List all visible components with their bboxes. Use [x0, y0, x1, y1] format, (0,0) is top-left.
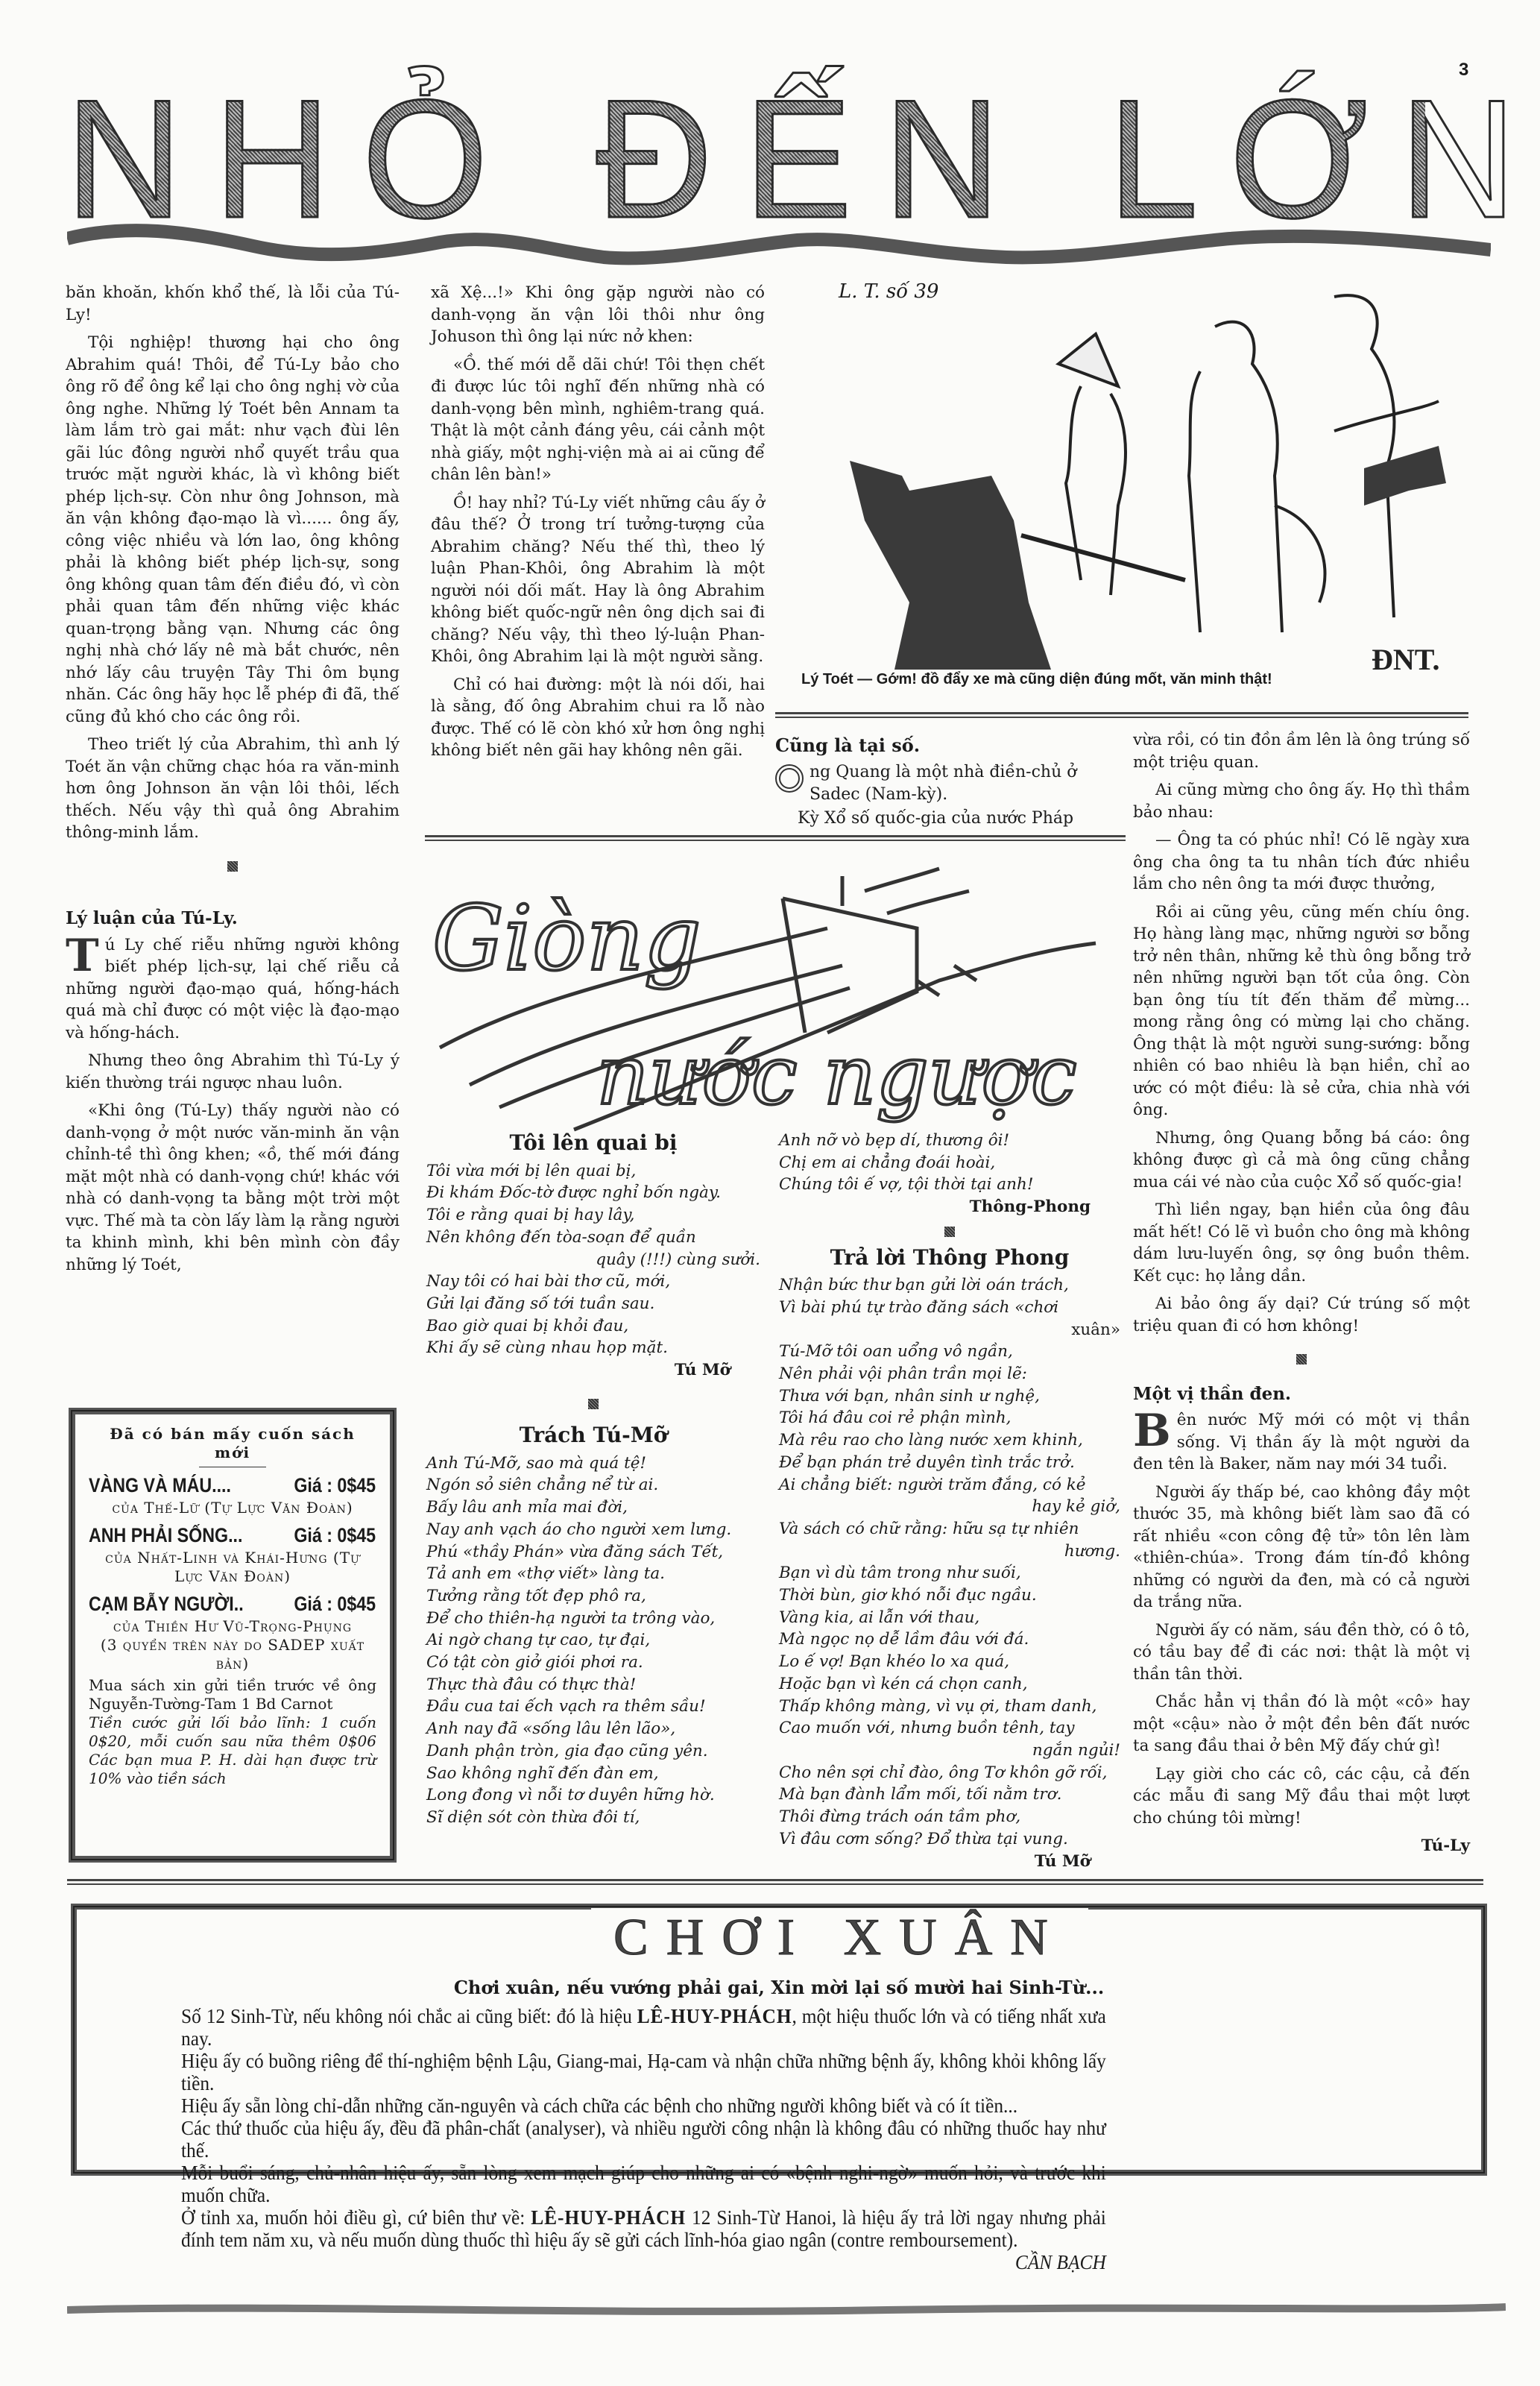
cartoon-signature: ĐNT.	[1372, 643, 1439, 676]
poem-line: Nhận bức thư bạn gửi lời oán trách,	[779, 1274, 1120, 1297]
ad-body: Số 12 Sinh-Từ, nếu không nói chắc ai cũn…	[181, 2005, 1106, 2273]
ornament-rule	[199, 1467, 266, 1467]
paragraph: Tội nghiệp! thương hại cho ông Abrahim q…	[66, 332, 400, 728]
poem-line: Ngón sỏ siên chẳng nể từ ai.	[426, 1474, 760, 1496]
poem-line: Vì bài phú tự trào đăng sách «chơi	[779, 1297, 1120, 1319]
poem-line: Nên không đến tòa-soạn để quần	[426, 1227, 760, 1249]
poem-toi-len-quai-bi: Tôi lên quai bị Tôi vừa mới bị lên quai …	[426, 1132, 760, 1427]
poem-title: Tôi lên quai bị	[426, 1132, 760, 1154]
poem-line: Đi khám Đốc-tờ được nghỉ bốn ngày.	[426, 1182, 760, 1204]
ad-intro: Đã có bán mấy cuốn sách mới	[89, 1425, 376, 1462]
poem-line: hương.	[779, 1540, 1120, 1563]
poem-line: Mà bạn đành lẩm mối, tối nằm trơ.	[779, 1784, 1120, 1806]
poem-line: Cao muốn với, nhưng buồn tênh, tay	[779, 1717, 1120, 1740]
paragraph: — Ông ta có phúc nhỉ! Có lẽ ngày xưa ông…	[1133, 829, 1470, 895]
book-listing: CẠM BẪY NGƯỜI..Giá : 0$45	[89, 1590, 376, 1617]
poem-line: Tôi e rằng quai bị hay lây,	[426, 1204, 760, 1227]
ad-signature: CẦN BẠCH	[181, 2251, 1106, 2273]
poem-tra-loi-thong-phong: Anh nỡ vò bẹp dí, thương ôi! Chị em ai c…	[779, 1130, 1120, 1872]
paragraph: Nhưng theo ông Abrahim thì Tú-Ly ý kiến …	[66, 1050, 400, 1094]
paragraph: «Ồ. thế mới dễ dãi chứ! Tôi thẹn chết đi…	[431, 354, 765, 486]
poem-line: Tôi vừa mới bị lên quai bị,	[426, 1160, 760, 1183]
lottery-story: Cũng là tại số. ng Quang là một nhà điền…	[775, 727, 1126, 830]
section-heading: Cũng là tại số.	[775, 734, 1126, 757]
divider	[67, 1879, 1483, 1885]
signature: Tú Mỡ	[779, 1851, 1120, 1873]
poem-line: Anh nỡ vò bẹp dí, thương ôi!	[779, 1130, 1120, 1152]
poem-line: Thời bùn, giơ khó nỗi đục ngầu.	[779, 1584, 1120, 1607]
poem-line: ngắn ngủi!	[779, 1740, 1120, 1762]
drop-cap-o	[775, 764, 804, 793]
poem-line: Mà ngọc nọ dễ lầm đâu với đá.	[779, 1628, 1120, 1651]
choi-xuan-advertisement: CHƠI XUÂN Chơi xuân, nếu vướng phải gai,…	[71, 1904, 1487, 2176]
paragraph: vừa rồi, có tin đồn ầm lên là ông trúng …	[1133, 729, 1470, 773]
poem-line: Gửi lại đăng số tới tuần sau.	[426, 1293, 760, 1315]
signature: Thông-Phong	[779, 1196, 1120, 1218]
paragraph: Bên nước Mỹ mới có một vị thần sống. Vị …	[1133, 1409, 1470, 1476]
poem-line: Sao không nghĩ đến đàn em,	[426, 1763, 760, 1785]
paragraph: Nhưng, ông Quang bỗng bá cáo: ông không …	[1133, 1127, 1470, 1194]
poem-line: quây (!!!) cùng sưởi.	[426, 1249, 760, 1271]
paragraph: Chắc hẳn vị thần đó là một «cô» hay một …	[1133, 1691, 1470, 1757]
column-1: băn khoăn, khốn khổ thế, là lỗi của Tú-L…	[66, 282, 400, 1282]
column-4: vừa rồi, có tin đồn ầm lên là ông trúng …	[1133, 729, 1470, 1857]
poem-line: Và sách có chữ rằng: hữu sạ tự nhiên	[779, 1518, 1120, 1540]
book-listing: ANH PHẢI SỐNG...Giá : 0$45	[89, 1522, 376, 1549]
signature: Tú Mỡ	[426, 1359, 760, 1382]
poem-line: Để bạn phán trẻ duyên tình trắc trở.	[779, 1452, 1120, 1474]
poem-line: xuân»	[779, 1319, 1120, 1341]
poem-line: Có tật còn giở giói phơi ra.	[426, 1652, 760, 1674]
giong-nuoc-nguoc-banner: Giòng nước ngược	[425, 846, 1126, 1141]
divider	[775, 712, 1468, 718]
paragraph: Kỳ Xổ số quốc-gia của nước Pháp	[775, 808, 1126, 830]
paragraph: Lạy giời cho các cô, các cậu, cả đến các…	[1133, 1763, 1470, 1830]
poem-line: Ai chẳng biết: người trăm đắng, có kẻ	[779, 1474, 1120, 1496]
poem-line: Tôi há đâu coi rẻ phận mình,	[779, 1407, 1120, 1429]
paragraph: Theo triết lý của Abrahim, thì anh lý To…	[66, 734, 400, 844]
paragraph: Chỉ có hai đường: một là nói dối, hai là…	[431, 674, 765, 762]
paragraph: băn khoăn, khốn khổ thế, là lỗi của Tú-L…	[66, 282, 400, 326]
cartoon-caption: Lý Toét — Gớm! đồ đẩy xe mà cũng diện đú…	[801, 671, 1272, 688]
poem-line: Tưởng rằng tốt đẹp phô ra,	[426, 1585, 760, 1608]
poem-line: Long đong vì nỗi tơ duyên hững hờ.	[426, 1784, 760, 1807]
banner-title-line1: Giòng	[432, 887, 701, 991]
poem-line: Hoặc bạn vì kén cá chọn canh,	[779, 1673, 1120, 1696]
paragraph: Rồi ai cũng yêu, cũng mến chíu ông. Họ h…	[1133, 901, 1470, 1121]
poem-line: Bao giờ quai bị khỏi đau,	[426, 1315, 760, 1338]
ad-body: Mua sách xin gửi tiền trước về ông Nguyễ…	[89, 1676, 376, 1713]
paragraph: xã Xệ...!» Khi ông gặp người nào có danh…	[431, 282, 765, 348]
poem-line: Thấp không màng, vì vụ ợi, tham danh,	[779, 1696, 1120, 1718]
poem-line: Lo ế vợ! Bạn khéo lo xa quá,	[779, 1651, 1120, 1673]
separator-ornament	[779, 1221, 1120, 1244]
poem-line: Thôi đừng trách oán tầm phơ,	[779, 1806, 1120, 1828]
poem-line: Bấy lâu anh mỉa mai đời,	[426, 1496, 760, 1519]
ad-terms: Tiền cước gửi lối bảo lĩnh: 1 cuốn 0$20,…	[89, 1713, 376, 1788]
poem-line: Anh nay đã «sống lâu lên lão»,	[426, 1718, 760, 1740]
poem-line: Tả anh em «thợ viết» làng ta.	[426, 1563, 760, 1585]
poem-line: hay kẻ giở,	[779, 1496, 1120, 1518]
drop-cap: T	[66, 937, 99, 975]
paragraph: Người ấy thấp bé, cao không đầy một thướ…	[1133, 1482, 1470, 1614]
separator-ornament	[1133, 1349, 1470, 1371]
poem-line: Danh phận tròn, gia đạo cũng yên.	[426, 1740, 760, 1763]
ad-title: CHƠI XUÂN	[591, 1908, 1088, 1968]
poem-title: Trách Tú-Mỡ	[426, 1424, 760, 1447]
poem-line: Sĩ diện sót còn thừa đôi tí,	[426, 1807, 760, 1829]
poem-line: Nay anh vạch áo cho người xem lưng.	[426, 1519, 760, 1541]
poem-line: Nay tôi có hai bài thơ cũ, mới,	[426, 1271, 760, 1293]
poem-title: Trả lời Thông Phong	[779, 1247, 1120, 1269]
poem-line: Thưa với bạn, nhân sinh ư nghệ,	[779, 1385, 1120, 1408]
section-heading: Lý luận của Tú-Ly.	[66, 907, 400, 930]
paragraph: Ai cũng mừng cho ông ấy. Họ thì thầm bảo…	[1133, 779, 1470, 823]
paragraph: Thì liền ngay, bạn hiền của ông đâu mất …	[1133, 1199, 1470, 1287]
divider	[425, 835, 1126, 841]
brand-name: LÊ-HUY-PHÁCH	[531, 2206, 686, 2229]
poem-line: Cho nên sợi chỉ đào, ông Tơ khôn gỡ rối,	[779, 1762, 1120, 1784]
poem-line: Đầu cua tai ếch vạch ra thêm sầu!	[426, 1696, 760, 1718]
poem-line: Phú «thầy Phán» vừa đăng sách Tết,	[426, 1541, 760, 1564]
poem-line: Anh Tú-Mỡ, sao mà quá tệ!	[426, 1452, 760, 1475]
separator-ornament	[66, 856, 400, 878]
cartoon-illustration: ĐNT.	[798, 282, 1454, 696]
paragraph: ng Quang là một nhà điền-chủ ở Sadec (Na…	[775, 761, 1126, 806]
section-heading: Một vị thần đen.	[1133, 1383, 1470, 1406]
poem-line: Ai ngờ chang tự cao, tự đại,	[426, 1629, 760, 1652]
paragraph: «Khi ông (Tú-Ly) thấy người nào có danh-…	[66, 1100, 400, 1276]
banner-title-line2: nước ngược	[596, 1027, 1076, 1123]
bottom-wave-rule	[67, 2297, 1506, 2319]
masthead-wave-rule	[67, 224, 1491, 268]
poem-line: Tú-Mỡ tôi oan uổng vô ngần,	[779, 1341, 1120, 1363]
paragraph: Ai bảo ông ấy dại? Cứ trúng số một triệu…	[1133, 1293, 1470, 1337]
book-author: của Nhất-Linh và Khái-Hưng (Tự Lực Văn Đ…	[89, 1549, 376, 1586]
book-advertisement: Đã có bán mấy cuốn sách mới VÀNG VÀ MÁU.…	[69, 1408, 397, 1863]
paragraph: Người ấy có năm, sáu đền thờ, có ô tô, c…	[1133, 1619, 1470, 1686]
ad-subtitle: Chơi xuân, nếu vướng phải gai, Xin mời l…	[77, 1977, 1481, 1998]
poem-line: Khi ấy sẽ cùng nhau họp mặt.	[426, 1337, 760, 1359]
poem-line: Nên phải vội phân trần mọi lẽ:	[779, 1363, 1120, 1385]
book-author: của Thế-Lữ (Tự Lực Văn Đoàn)	[89, 1499, 376, 1517]
paragraph: Ồ! hay nhỉ? Tú-Ly viết những câu ấy ở đâ…	[431, 492, 765, 668]
poem-line: Chị em ai chẳng đoái hoài,	[779, 1152, 1120, 1174]
book-author: của Thiền Hư Vũ-Trọng-Phụng	[89, 1617, 376, 1636]
column-2: xã Xệ...!» Khi ông gặp người nào có danh…	[431, 282, 765, 768]
poem-line: Để cho thiên-hạ người ta trông vào,	[426, 1608, 760, 1630]
separator-ornament	[426, 1394, 760, 1416]
poem-trach-tu-mo: Trách Tú-Mỡ Anh Tú-Mỡ, sao mà quá tệ! Ng…	[426, 1424, 760, 1829]
publisher-note: (3 quyển trên này do SADEP xuất bản)	[89, 1636, 376, 1673]
poem-line: Vì đâu cơm sống? Đổ thừa tại vung.	[779, 1828, 1120, 1851]
poem-line: Mà rêu rao cho làng nước xem khinh,	[779, 1429, 1120, 1452]
book-listing: VÀNG VÀ MÁU....Giá : 0$45	[89, 1472, 376, 1499]
poem-line: Vàng kia, ai lẫn với thau,	[779, 1607, 1120, 1629]
poem-line: Chúng tôi ế vợ, tội thời tại anh!	[779, 1174, 1120, 1196]
drop-cap: B	[1133, 1412, 1171, 1449]
signature: Tú-Ly	[1133, 1835, 1470, 1857]
masthead-title: NHỎ ĐẾN LỚN	[66, 95, 1425, 222]
poem-line: Bạn vì dù tâm trong như suối,	[779, 1562, 1120, 1584]
brand-name: LÊ-HUY-PHÁCH	[637, 2005, 792, 2027]
masthead: NHỎ ĐẾN LỚN	[66, 95, 1482, 222]
poem-line: Thực thà đâu có thực thà!	[426, 1674, 760, 1696]
paragraph: Tú Ly chế riễu những người không biết ph…	[66, 934, 400, 1045]
